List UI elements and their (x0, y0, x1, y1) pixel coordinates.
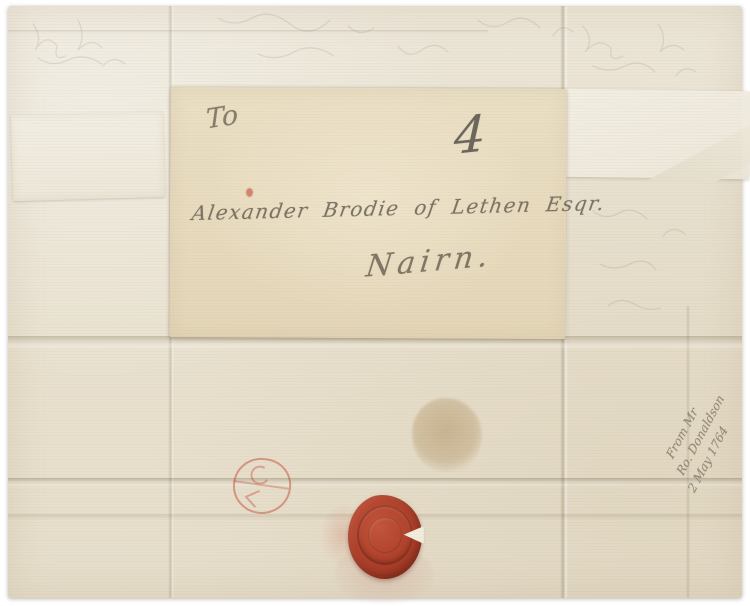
horizontal-fold-middle (8, 336, 742, 350)
letter-scan: To 4 Alexander Brodie of Lethen Esqr. Na… (0, 0, 750, 606)
salutation-text: To (205, 99, 238, 135)
postmark-glyph-bottom (244, 490, 268, 508)
repair-patch-left (11, 111, 165, 201)
postal-rate-mark: 4 (453, 104, 487, 166)
docket-note: From Mr Ro. Donaldson 2 May 1764 (663, 338, 750, 482)
horizontal-crease-top (8, 30, 488, 33)
letter-paper: To 4 Alexander Brodie of Lethen Esqr. Na… (8, 6, 742, 598)
bishop-postmark-icon (229, 454, 294, 518)
horizontal-fold-lower (8, 478, 742, 488)
red-ink-speck (246, 188, 253, 197)
stain-spot (412, 398, 482, 472)
